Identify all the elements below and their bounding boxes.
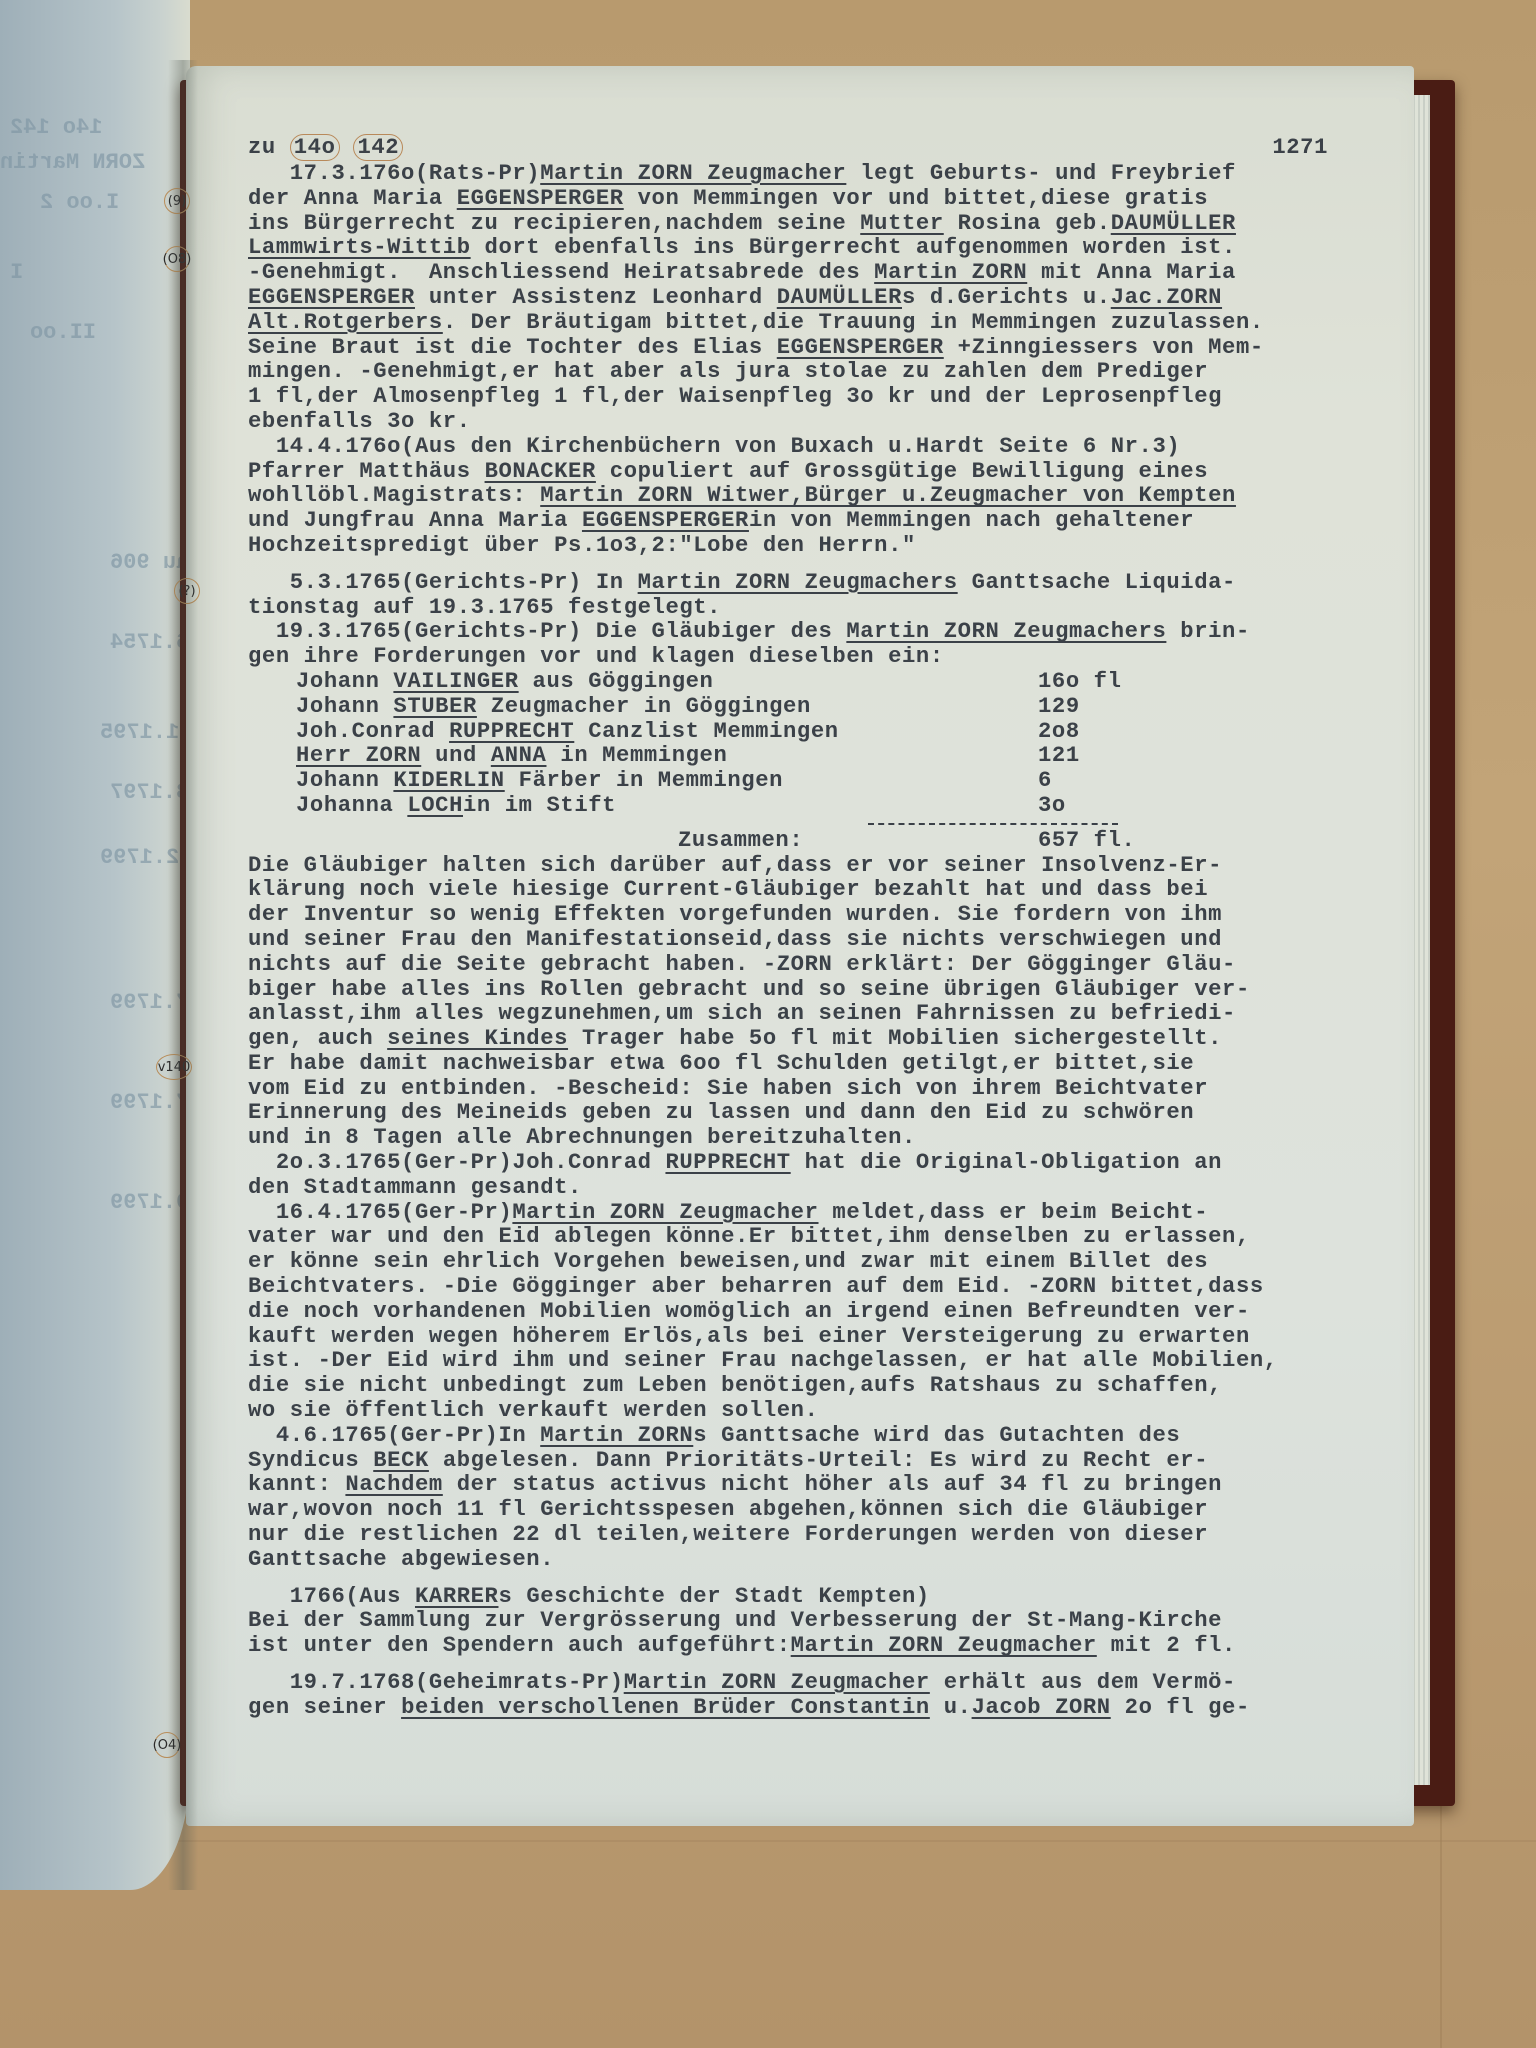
text-segment: . Der Bräutigam bittet,die Trauung in Me…: [443, 310, 1264, 335]
record-entry: 19.7.1768(Geheimrats-Pr)Martin ZORN Zeug…: [248, 1671, 1368, 1721]
text-segment: Hochzeitspredigt über Ps.1o3,2:"Lobe den…: [248, 533, 916, 558]
underlined-name: Jac.ZORN: [1111, 285, 1222, 310]
bleed-through-text: 14o 142: [10, 115, 102, 140]
creditor-name: Johann KIDERLIN Färber in Memmingen: [296, 769, 783, 794]
underlined-name: RUPPRECHT: [665, 1150, 790, 1175]
text-line: 19.7.1768(Geheimrats-Pr)Martin ZORN Zeug…: [248, 1671, 1368, 1696]
text-segment: den Stadtammann gesandt.: [248, 1175, 582, 1200]
text-segment: der Inventur so wenig Effekten vorgefund…: [248, 902, 1222, 927]
text-line: 1 fl,der Almosenpfleg 1 fl,der Waisenpfl…: [248, 385, 1368, 410]
text-segment: 2o fl ge-: [1111, 1695, 1250, 1720]
text-line: 1766(Aus KARRERs Geschichte der Stadt Ke…: [248, 1585, 1368, 1610]
text-segment: s d.Gerichts u.: [902, 285, 1111, 310]
creditor-amount: 2o8: [1038, 720, 1080, 745]
text-line: der Inventur so wenig Effekten vorgefund…: [248, 903, 1368, 928]
text-line: ist unter den Spendern auch aufgeführt:M…: [248, 1634, 1368, 1659]
bleed-through-text: ZORN Martin: [0, 150, 145, 175]
underlined-name: KARRER: [415, 1584, 499, 1609]
sum-label: Zusammen:: [678, 829, 803, 854]
text-segment: die noch vorhandenen Mobilien womöglich …: [248, 1299, 1250, 1324]
underlined-name: Martin ZORN: [874, 260, 1027, 285]
text-line: Seine Braut ist die Tochter des Elias EG…: [248, 336, 1368, 361]
text-segment: tionstag auf 19.3.1765 festgelegt.: [248, 595, 721, 620]
text-segment: 16.4.1765(Ger-Pr): [248, 1200, 512, 1225]
text-line: Lammwirts-Wittib dort ebenfalls ins Bürg…: [248, 236, 1368, 261]
text-segment: Pfarrer Matthäus: [248, 459, 485, 484]
bleed-through-text: I.oo 2: [40, 190, 119, 215]
text-line: Erinnerung des Meineids geben zu lassen …: [248, 1101, 1368, 1126]
sum-divider: [248, 819, 1368, 829]
underlined-name: Martin ZORN Zeugmacher: [512, 1200, 818, 1225]
text-line: kauft werden wegen höherem Erlös,als bei…: [248, 1325, 1368, 1350]
underlined-name: Martin ZORN: [540, 1423, 693, 1448]
text-line: Ganttsache abgewiesen.: [248, 1548, 1368, 1573]
text-line: ebenfalls 3o kr.: [248, 410, 1368, 435]
ref-number-circled: 142: [353, 134, 403, 161]
text-segment: gen seiner: [248, 1695, 401, 1720]
text-segment: mit 2 fl.: [1097, 1633, 1236, 1658]
right-book-page: zu 14o 142 1271 17.3.176o(Rats-Pr)Martin…: [186, 66, 1414, 1826]
text-line: wo sie öffentlich verkauft werden sollen…: [248, 1399, 1368, 1424]
text-line: der Anna Maria EGGENSPERGER von Memminge…: [248, 187, 1368, 212]
text-line: 17.3.176o(Rats-Pr)Martin ZORN Zeugmacher…: [248, 162, 1368, 187]
text-line: nur die restlichen 22 dl teilen,weitere …: [248, 1523, 1368, 1548]
text-segment: kauft werden wegen höherem Erlös,als bei…: [248, 1324, 1250, 1349]
text-segment: Erinnerung des Meineids geben zu lassen …: [248, 1100, 1194, 1125]
page-number: 1271: [1272, 136, 1328, 161]
text-segment: nichts auf die Seite gebracht haben. -ZO…: [248, 952, 1236, 977]
creditor-name: Herr ZORN und ANNA in Memmingen: [296, 744, 727, 769]
text-line: den Stadtammann gesandt.: [248, 1176, 1368, 1201]
text-line: Er habe damit nachweisbar etwa 6oo fl Sc…: [248, 1052, 1368, 1077]
creditor-row: Johann KIDERLIN Färber in Memmingen6: [248, 769, 1368, 794]
sum-amount: 657 fl.: [1038, 829, 1135, 854]
text-line: gen ihre Forderungen vor und klagen dies…: [248, 645, 1368, 670]
text-segment: 17.3.176o(Rats-Pr): [248, 161, 540, 186]
text-segment: +Zinngiessers von Mem-: [944, 335, 1264, 360]
text-segment: unter Assistenz Leonhard: [415, 285, 777, 310]
text-segment: wo sie öffentlich verkauft werden sollen…: [248, 1398, 819, 1423]
record-entry: 14.4.176o(Aus den Kirchenbüchern von Bux…: [248, 435, 1368, 559]
text-segment: s Ganttsache wird das Gutachten des: [693, 1423, 1180, 1448]
text-segment: 2o.3.1765(Ger-Pr)Joh.Conrad: [248, 1150, 665, 1175]
creditor-amount: 121: [1038, 744, 1080, 769]
underlined-name: EGGENSPERGER: [457, 186, 624, 211]
text-line: Pfarrer Matthäus BONACKER copuliert auf …: [248, 460, 1368, 485]
text-segment: vater war und den Eid ablegen könne.Er b…: [248, 1224, 1250, 1249]
underlined-name: Nachdem: [345, 1472, 442, 1497]
text-segment: Die Gläubiger halten sich darüber auf,da…: [248, 853, 1222, 878]
creditor-name: Johanna LOCHin im Stift: [296, 794, 616, 819]
record-entry: 1766(Aus KARRERs Geschichte der Stadt Ke…: [248, 1585, 1368, 1659]
underlined-name: Martin ZORN Zeugmachers: [846, 619, 1166, 644]
text-segment: -Genehmigt. Anschliessend Heiratsabrede …: [248, 260, 874, 285]
underlined-name: Martin ZORN Zeugmacher: [540, 161, 846, 186]
underlined-name: BONACKER: [485, 459, 596, 484]
ref-prefix: zu: [248, 135, 276, 160]
record-entry: 16.4.1765(Ger-Pr)Martin ZORN Zeugmacher …: [248, 1201, 1368, 1424]
text-line: ins Bürgerrecht zu recipieren,nachdem se…: [248, 212, 1368, 237]
creditor-amount: 16o fl: [1038, 670, 1122, 695]
creditor-row: Joh.Conrad RUPPRECHT Canzlist Memmingen2…: [248, 720, 1368, 745]
text-segment: und in 8 Tagen alle Abrechnungen bereitz…: [248, 1125, 916, 1150]
left-book-page: 14o 142ZORN MartinI.oo 2III.ooau 90626.6…: [0, 0, 190, 1890]
text-line: er könne sein ehrlich Vorgehen beweisen,…: [248, 1250, 1368, 1275]
creditor-name: Johann VAILINGER aus Göggingen: [296, 670, 713, 695]
creditor-row: Johann STUBER Zeugmacher in Göggingen129: [248, 695, 1368, 720]
text-line: und Jungfrau Anna Maria EGGENSPERGERin v…: [248, 509, 1368, 534]
creditor-row: Herr ZORN und ANNA in Memmingen121: [248, 744, 1368, 769]
sum-row: Zusammen: 657 fl.: [248, 829, 1368, 854]
table-surface-seam-vertical: [1440, 1780, 1442, 2048]
underlined-name: beiden verschollenen Brüder Constantin: [401, 1695, 930, 1720]
text-line: ist. -Der Eid wird ihm und seiner Frau n…: [248, 1349, 1368, 1374]
bleed-through-text: II.oo: [30, 320, 96, 345]
text-line: 14.4.176o(Aus den Kirchenbüchern von Bux…: [248, 435, 1368, 460]
underlined-name: Martin ZORN Zeugmachers: [638, 570, 958, 595]
text-segment: abgelesen. Dann Prioritäts-Urteil: Es wi…: [429, 1448, 1208, 1473]
text-segment: dort ebenfalls ins Bürgerrecht aufgenomm…: [471, 235, 1236, 260]
underlined-name: DAUMÜLLER: [777, 285, 902, 310]
text-segment: 1766(Aus: [248, 1584, 415, 1609]
text-line: EGGENSPERGER unter Assistenz Leonhard DA…: [248, 286, 1368, 311]
book-spine-shadow: [168, 60, 198, 1890]
text-line: 5.3.1765(Gerichts-Pr) In Martin ZORN Zeu…: [248, 571, 1368, 596]
text-segment: kannt:: [248, 1472, 345, 1497]
text-segment: Bei der Sammlung zur Vergrösserung und V…: [248, 1608, 1222, 1633]
creditor-name: Johann STUBER Zeugmacher in Göggingen: [296, 695, 811, 720]
text-segment: nur die restlichen 22 dl teilen,weitere …: [248, 1522, 1208, 1547]
text-segment: er könne sein ehrlich Vorgehen beweisen,…: [248, 1249, 1208, 1274]
text-line: und in 8 Tagen alle Abrechnungen bereitz…: [248, 1126, 1368, 1151]
text-line: Alt.Rotgerbers. Der Bräutigam bittet,die…: [248, 311, 1368, 336]
text-segment: s Geschichte der Stadt Kempten): [498, 1584, 929, 1609]
text-line: biger habe alles ins Rollen gebracht und…: [248, 978, 1368, 1003]
text-segment: der status activus nicht höher als auf 3…: [443, 1472, 1222, 1497]
text-segment: Er habe damit nachweisbar etwa 6oo fl Sc…: [248, 1051, 1194, 1076]
text-line: gen seiner beiden verschollenen Brüder C…: [248, 1696, 1368, 1721]
text-segment: 19.7.1768(Geheimrats-Pr): [248, 1670, 624, 1695]
text-segment: ins Bürgerrecht zu recipieren,nachdem se…: [248, 211, 860, 236]
text-segment: copuliert auf Grossgütige Bewilligung ei…: [596, 459, 1208, 484]
text-segment: u.: [930, 1695, 972, 1720]
text-line: Syndicus BECK abgelesen. Dann Prioritäts…: [248, 1449, 1368, 1474]
record-entry: 19.3.1765(Gerichts-Pr) Die Gläubiger des…: [248, 620, 1368, 670]
creditor-row: Johanna LOCHin im Stift3o: [248, 794, 1368, 819]
text-line: 4.6.1765(Ger-Pr)In Martin ZORNs Ganttsac…: [248, 1424, 1368, 1449]
text-segment: und Jungfrau Anna Maria: [248, 508, 582, 533]
text-segment: legt Geburts- und Freybrief: [846, 161, 1236, 186]
creditor-name: Joh.Conrad RUPPRECHT Canzlist Memmingen: [296, 720, 839, 745]
text-line: 16.4.1765(Ger-Pr)Martin ZORN Zeugmacher …: [248, 1201, 1368, 1226]
text-line: gen, auch seines Kindes Trager habe 5o f…: [248, 1027, 1368, 1052]
text-line: anlasst,ihm alles wegzunehmen,um sich an…: [248, 1002, 1368, 1027]
text-segment: Ganttsache abgewiesen.: [248, 1547, 554, 1572]
ref-number-circled: 14o: [290, 134, 340, 161]
text-line: 19.3.1765(Gerichts-Pr) Die Gläubiger des…: [248, 620, 1368, 645]
text-line: Die Gläubiger halten sich darüber auf,da…: [248, 854, 1368, 879]
text-segment: mingen. -Genehmigt,er hat aber als jura …: [248, 359, 1208, 384]
text-segment: der Anna Maria: [248, 186, 457, 211]
text-segment: 5.3.1765(Gerichts-Pr) In: [248, 570, 638, 595]
text-segment: mit Anna Maria: [1027, 260, 1236, 285]
text-segment: und seiner Frau den Manifestationseid,da…: [248, 927, 1222, 952]
text-segment: Syndicus: [248, 1448, 373, 1473]
text-segment: Trager habe 5o fl mit Mobilien sicherges…: [568, 1026, 1222, 1051]
underlined-name: Martin ZORN Witwer,Bürger u.Zeugmacher v…: [540, 483, 1236, 508]
text-segment: von Memmingen vor und bittet,diese grati…: [624, 186, 1208, 211]
reference-numbers: zu 14o 142: [248, 136, 403, 161]
underlined-name: DAUMÜLLER: [1111, 211, 1236, 236]
text-segment: Rosina geb.: [944, 211, 1111, 236]
record-entry: Die Gläubiger halten sich darüber auf,da…: [248, 854, 1368, 1152]
creditor-amount: 6: [1038, 769, 1052, 794]
text-line: mingen. -Genehmigt,er hat aber als jura …: [248, 360, 1368, 385]
text-segment: 4.6.1765(Ger-Pr)In: [248, 1423, 540, 1448]
text-line: Bei der Sammlung zur Vergrösserung und V…: [248, 1609, 1368, 1634]
text-segment: erhält aus dem Vermö-: [930, 1670, 1236, 1695]
record-entry: 5.3.1765(Gerichts-Pr) In Martin ZORN Zeu…: [248, 571, 1368, 621]
text-segment: vom Eid zu entbinden. -Bescheid: Sie hab…: [248, 1076, 1208, 1101]
text-segment: 14.4.176o(Aus den Kirchenbüchern von Bux…: [248, 434, 1180, 459]
text-segment: die sie nicht unbedingt zum Leben benöti…: [248, 1373, 1222, 1398]
text-line: vater war und den Eid ablegen könne.Er b…: [248, 1225, 1368, 1250]
text-line: die noch vorhandenen Mobilien womöglich …: [248, 1300, 1368, 1325]
text-line: -Genehmigt. Anschliessend Heiratsabrede …: [248, 261, 1368, 286]
text-segment: Seine Braut ist die Tochter des Elias: [248, 335, 777, 360]
text-line: wohllöbl.Magistrats: Martin ZORN Witwer,…: [248, 484, 1368, 509]
typewritten-text: zu 14o 142 1271 17.3.176o(Rats-Pr)Martin…: [248, 136, 1368, 1721]
text-line: kannt: Nachdem der status activus nicht …: [248, 1473, 1368, 1498]
text-segment: wohllöbl.Magistrats:: [248, 483, 540, 508]
text-segment: Ganttsache Liquida-: [958, 570, 1236, 595]
underlined-name: Martin ZORN Zeugmacher: [791, 1633, 1097, 1658]
text-line: nichts auf die Seite gebracht haben. -ZO…: [248, 953, 1368, 978]
table-surface-seam: [0, 1840, 1536, 1842]
text-segment: war,wovon noch 11 fl Gerichtsspesen abge…: [248, 1497, 1208, 1522]
text-segment: biger habe alles ins Rollen gebracht und…: [248, 977, 1250, 1002]
underlined-name: Mutter: [860, 211, 944, 236]
record-entry: 2o.3.1765(Ger-Pr)Joh.Conrad RUPPRECHT ha…: [248, 1151, 1368, 1201]
text-line: Hochzeitspredigt über Ps.1o3,2:"Lobe den…: [248, 534, 1368, 559]
record-entry: 4.6.1765(Ger-Pr)In Martin ZORNs Ganttsac…: [248, 1424, 1368, 1573]
text-segment: Beichtvaters. -Die Gögginger aber beharr…: [248, 1274, 1264, 1299]
underlined-name: Jacob ZORN: [972, 1695, 1111, 1720]
text-segment: gen ihre Forderungen vor und klagen dies…: [248, 644, 944, 669]
underlined-name: Lammwirts-Wittib: [248, 235, 471, 260]
creditor-amount: 3o: [1038, 794, 1066, 819]
underlined-name: EGGENSPERGER: [248, 285, 415, 310]
text-segment: meldet,dass er beim Beicht-: [819, 1200, 1209, 1225]
text-line: vom Eid zu entbinden. -Bescheid: Sie hab…: [248, 1077, 1368, 1102]
text-segment: ist unter den Spendern auch aufgeführt:: [248, 1633, 791, 1658]
bleed-through-text: I: [10, 260, 23, 285]
text-segment: anlasst,ihm alles wegzunehmen,um sich an…: [248, 1001, 1236, 1026]
text-line: und seiner Frau den Manifestationseid,da…: [248, 928, 1368, 953]
record-entry: 17.3.176o(Rats-Pr)Martin ZORN Zeugmacher…: [248, 162, 1368, 435]
underlined-name: BECK: [373, 1448, 429, 1473]
text-segment: 19.3.1765(Gerichts-Pr) Die Gläubiger des: [248, 619, 846, 644]
creditor-amount: 129: [1038, 695, 1080, 720]
text-segment: hat die Original-Obligation an: [791, 1150, 1222, 1175]
creditor-table: Johann VAILINGER aus Göggingen16o flJoha…: [248, 670, 1368, 819]
text-segment: in von Memmingen nach gehaltener: [749, 508, 1194, 533]
text-segment: ebenfalls 3o kr.: [248, 409, 471, 434]
text-line: war,wovon noch 11 fl Gerichtsspesen abge…: [248, 1498, 1368, 1523]
underlined-name: Martin ZORN Zeugmacher: [624, 1670, 930, 1695]
underlined-name: Alt.Rotgerbers: [248, 310, 443, 335]
text-line: klärung noch viele hiesige Current-Gläub…: [248, 878, 1368, 903]
text-line: die sie nicht unbedingt zum Leben benöti…: [248, 1374, 1368, 1399]
text-segment: gen, auch: [248, 1026, 387, 1051]
text-segment: ist. -Der Eid wird ihm und seiner Frau n…: [248, 1348, 1278, 1373]
creditor-row: Johann VAILINGER aus Göggingen16o fl: [248, 670, 1368, 695]
page-header: zu 14o 142 1271: [248, 136, 1368, 162]
underlined-name: EGGENSPERGER: [777, 335, 944, 360]
underlined-name: EGGENSPERGER: [582, 508, 749, 533]
text-segment: 1 fl,der Almosenpfleg 1 fl,der Waisenpfl…: [248, 384, 1222, 409]
text-segment: klärung noch viele hiesige Current-Gläub…: [248, 877, 1208, 902]
text-segment: brin-: [1166, 619, 1250, 644]
text-line: 2o.3.1765(Ger-Pr)Joh.Conrad RUPPRECHT ha…: [248, 1151, 1368, 1176]
text-line: Beichtvaters. -Die Gögginger aber beharr…: [248, 1275, 1368, 1300]
text-line: tionstag auf 19.3.1765 festgelegt.: [248, 596, 1368, 621]
underlined-name: seines Kindes: [387, 1026, 568, 1051]
